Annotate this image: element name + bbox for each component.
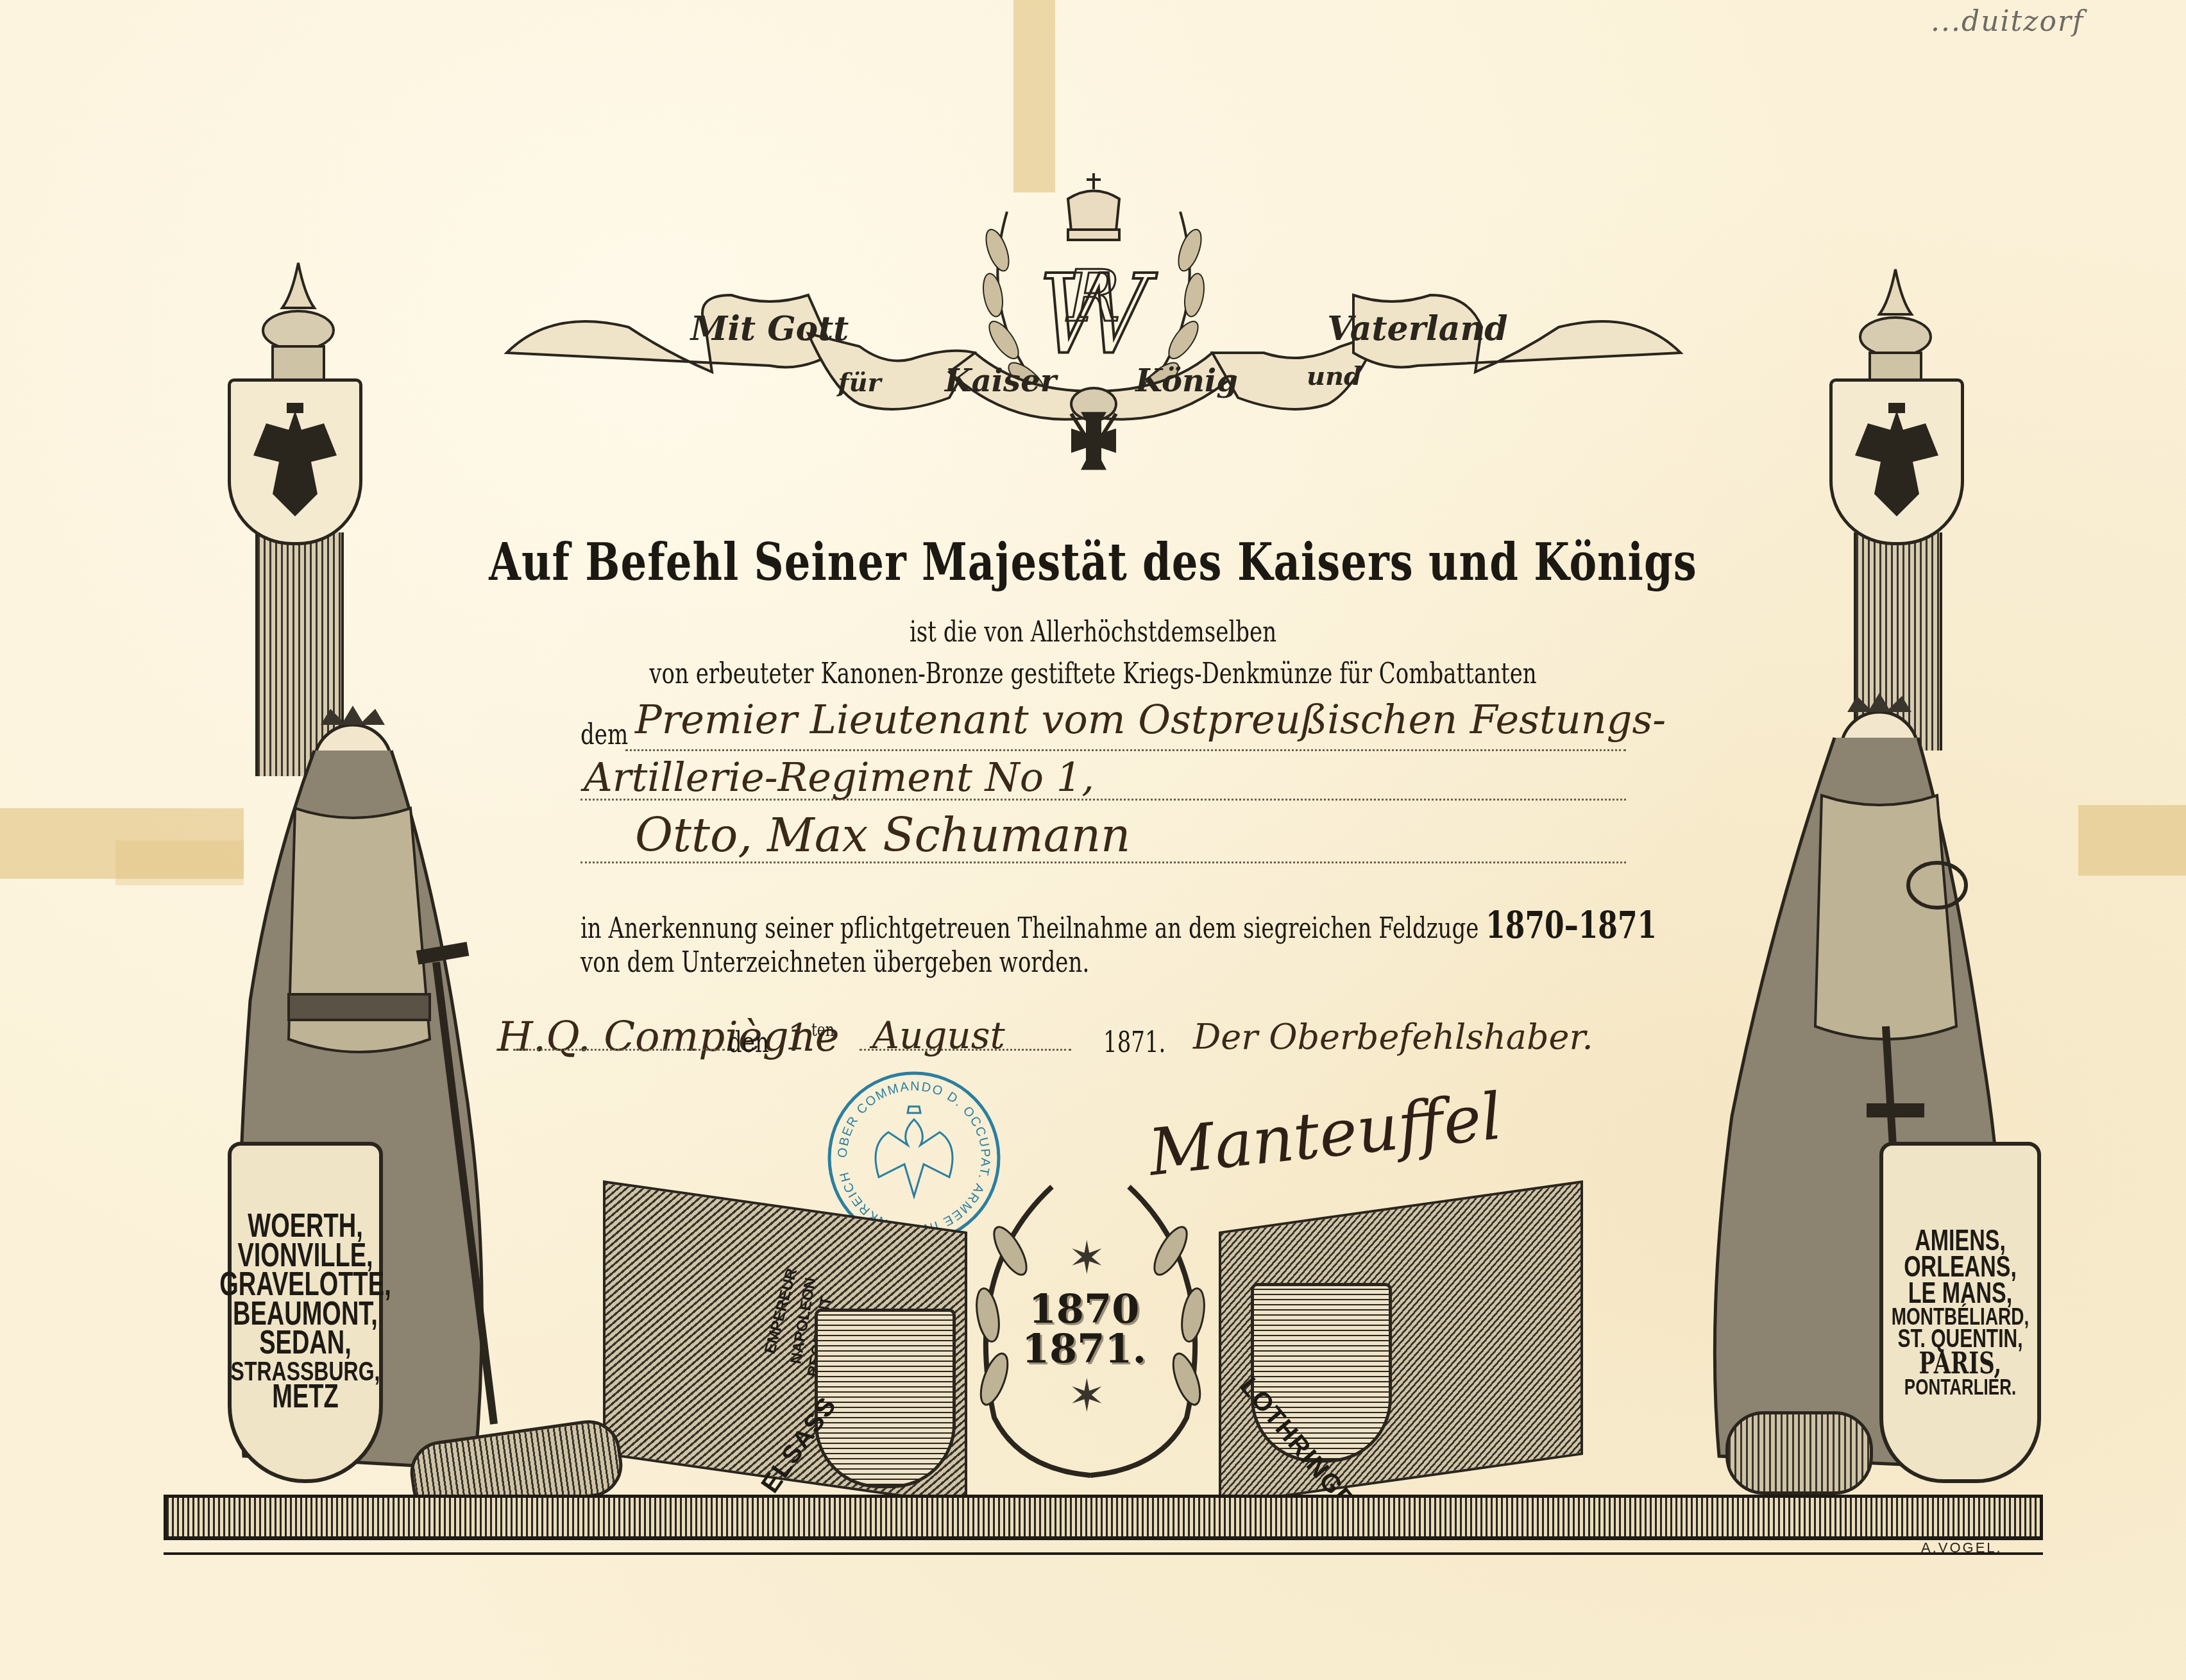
date-den: den <box>728 1026 769 1060</box>
campaign-years: 1870–1871 <box>1486 904 1657 947</box>
svg-text:für: für <box>836 368 883 398</box>
base-rule-2 <box>164 1552 2043 1555</box>
closing-text: von dem Unterzeichneten übergeben worden… <box>580 946 1089 980</box>
artist-signature: A.VOGEL. <box>1921 1540 2003 1556</box>
crown-monogram-ribbon-icon: W R Mit Gott für Kaiser König und Vaterl… <box>500 160 1687 494</box>
star-icon-top: ✶ <box>1068 1232 1106 1284</box>
dotted-line-1 <box>625 749 1626 751</box>
handwritten-day: 1 <box>786 1017 809 1058</box>
base-rule-1 <box>164 1536 2043 1540</box>
imperial-eagle-icon <box>241 398 350 526</box>
left-eagle-shield <box>228 378 362 545</box>
royal-emblem: W R Mit Gott für Kaiser König und Vaterl… <box>500 160 1687 494</box>
center-years: 1870 1871. <box>1020 1289 1148 1369</box>
iron-cross-icon <box>1071 412 1116 470</box>
right-battle-shield: AMIENS, ORLEANS, LE MANS, MONTBÉLIARD, S… <box>1879 1142 2041 1483</box>
alsace-coat-of-arms <box>815 1309 956 1488</box>
handwritten-regiment: Artillerie-Regiment No 1, <box>584 754 1094 801</box>
monument-base <box>164 1495 2043 1540</box>
date-year: 1871. <box>1103 1026 1165 1060</box>
svg-text:und: und <box>1307 361 1362 391</box>
left-finial-icon <box>250 257 346 385</box>
right-cannon-barrel <box>1725 1411 1873 1495</box>
right-finial-icon <box>1847 263 1944 391</box>
left-battle-shield: WOERTH, VIONVILLE, GRAVELOTTE, BEAUMONT,… <box>228 1142 383 1483</box>
handwritten-rank: Premier Lieutenant vom Ostpreußischen Fe… <box>635 696 1666 743</box>
dotted-line-place <box>513 1049 725 1051</box>
svg-text:Vaterland: Vaterland <box>1327 309 1507 348</box>
pencil-annotation: ...duitzorf <box>1931 5 2084 38</box>
imperial-eagle-icon <box>1842 398 1951 526</box>
handwritten-title: Der Oberbefehlshaber. <box>1193 1017 1593 1057</box>
day-suffix: ten <box>811 1020 835 1041</box>
star-icon-bottom: ✶ <box>1068 1370 1106 1422</box>
right-eagle-shield <box>1829 378 1964 545</box>
svg-text:König: König <box>1134 363 1237 399</box>
svg-text:Mit Gott: Mit Gott <box>690 309 849 348</box>
svg-text:Kaiser: Kaiser <box>944 363 1059 399</box>
recognition-text: in Anerkennung seiner pflichtgetreuen Th… <box>580 904 1657 947</box>
handwritten-month: August <box>872 1014 1005 1057</box>
svg-text:R: R <box>1066 255 1121 337</box>
handwritten-name: Otto, Max Schumann <box>635 808 1131 862</box>
tape-mark-right <box>2078 805 2186 876</box>
recognition-phrase: in Anerkennung seiner pflichtgetreuen Th… <box>580 912 1479 946</box>
recipient-prefix: dem <box>580 718 628 752</box>
